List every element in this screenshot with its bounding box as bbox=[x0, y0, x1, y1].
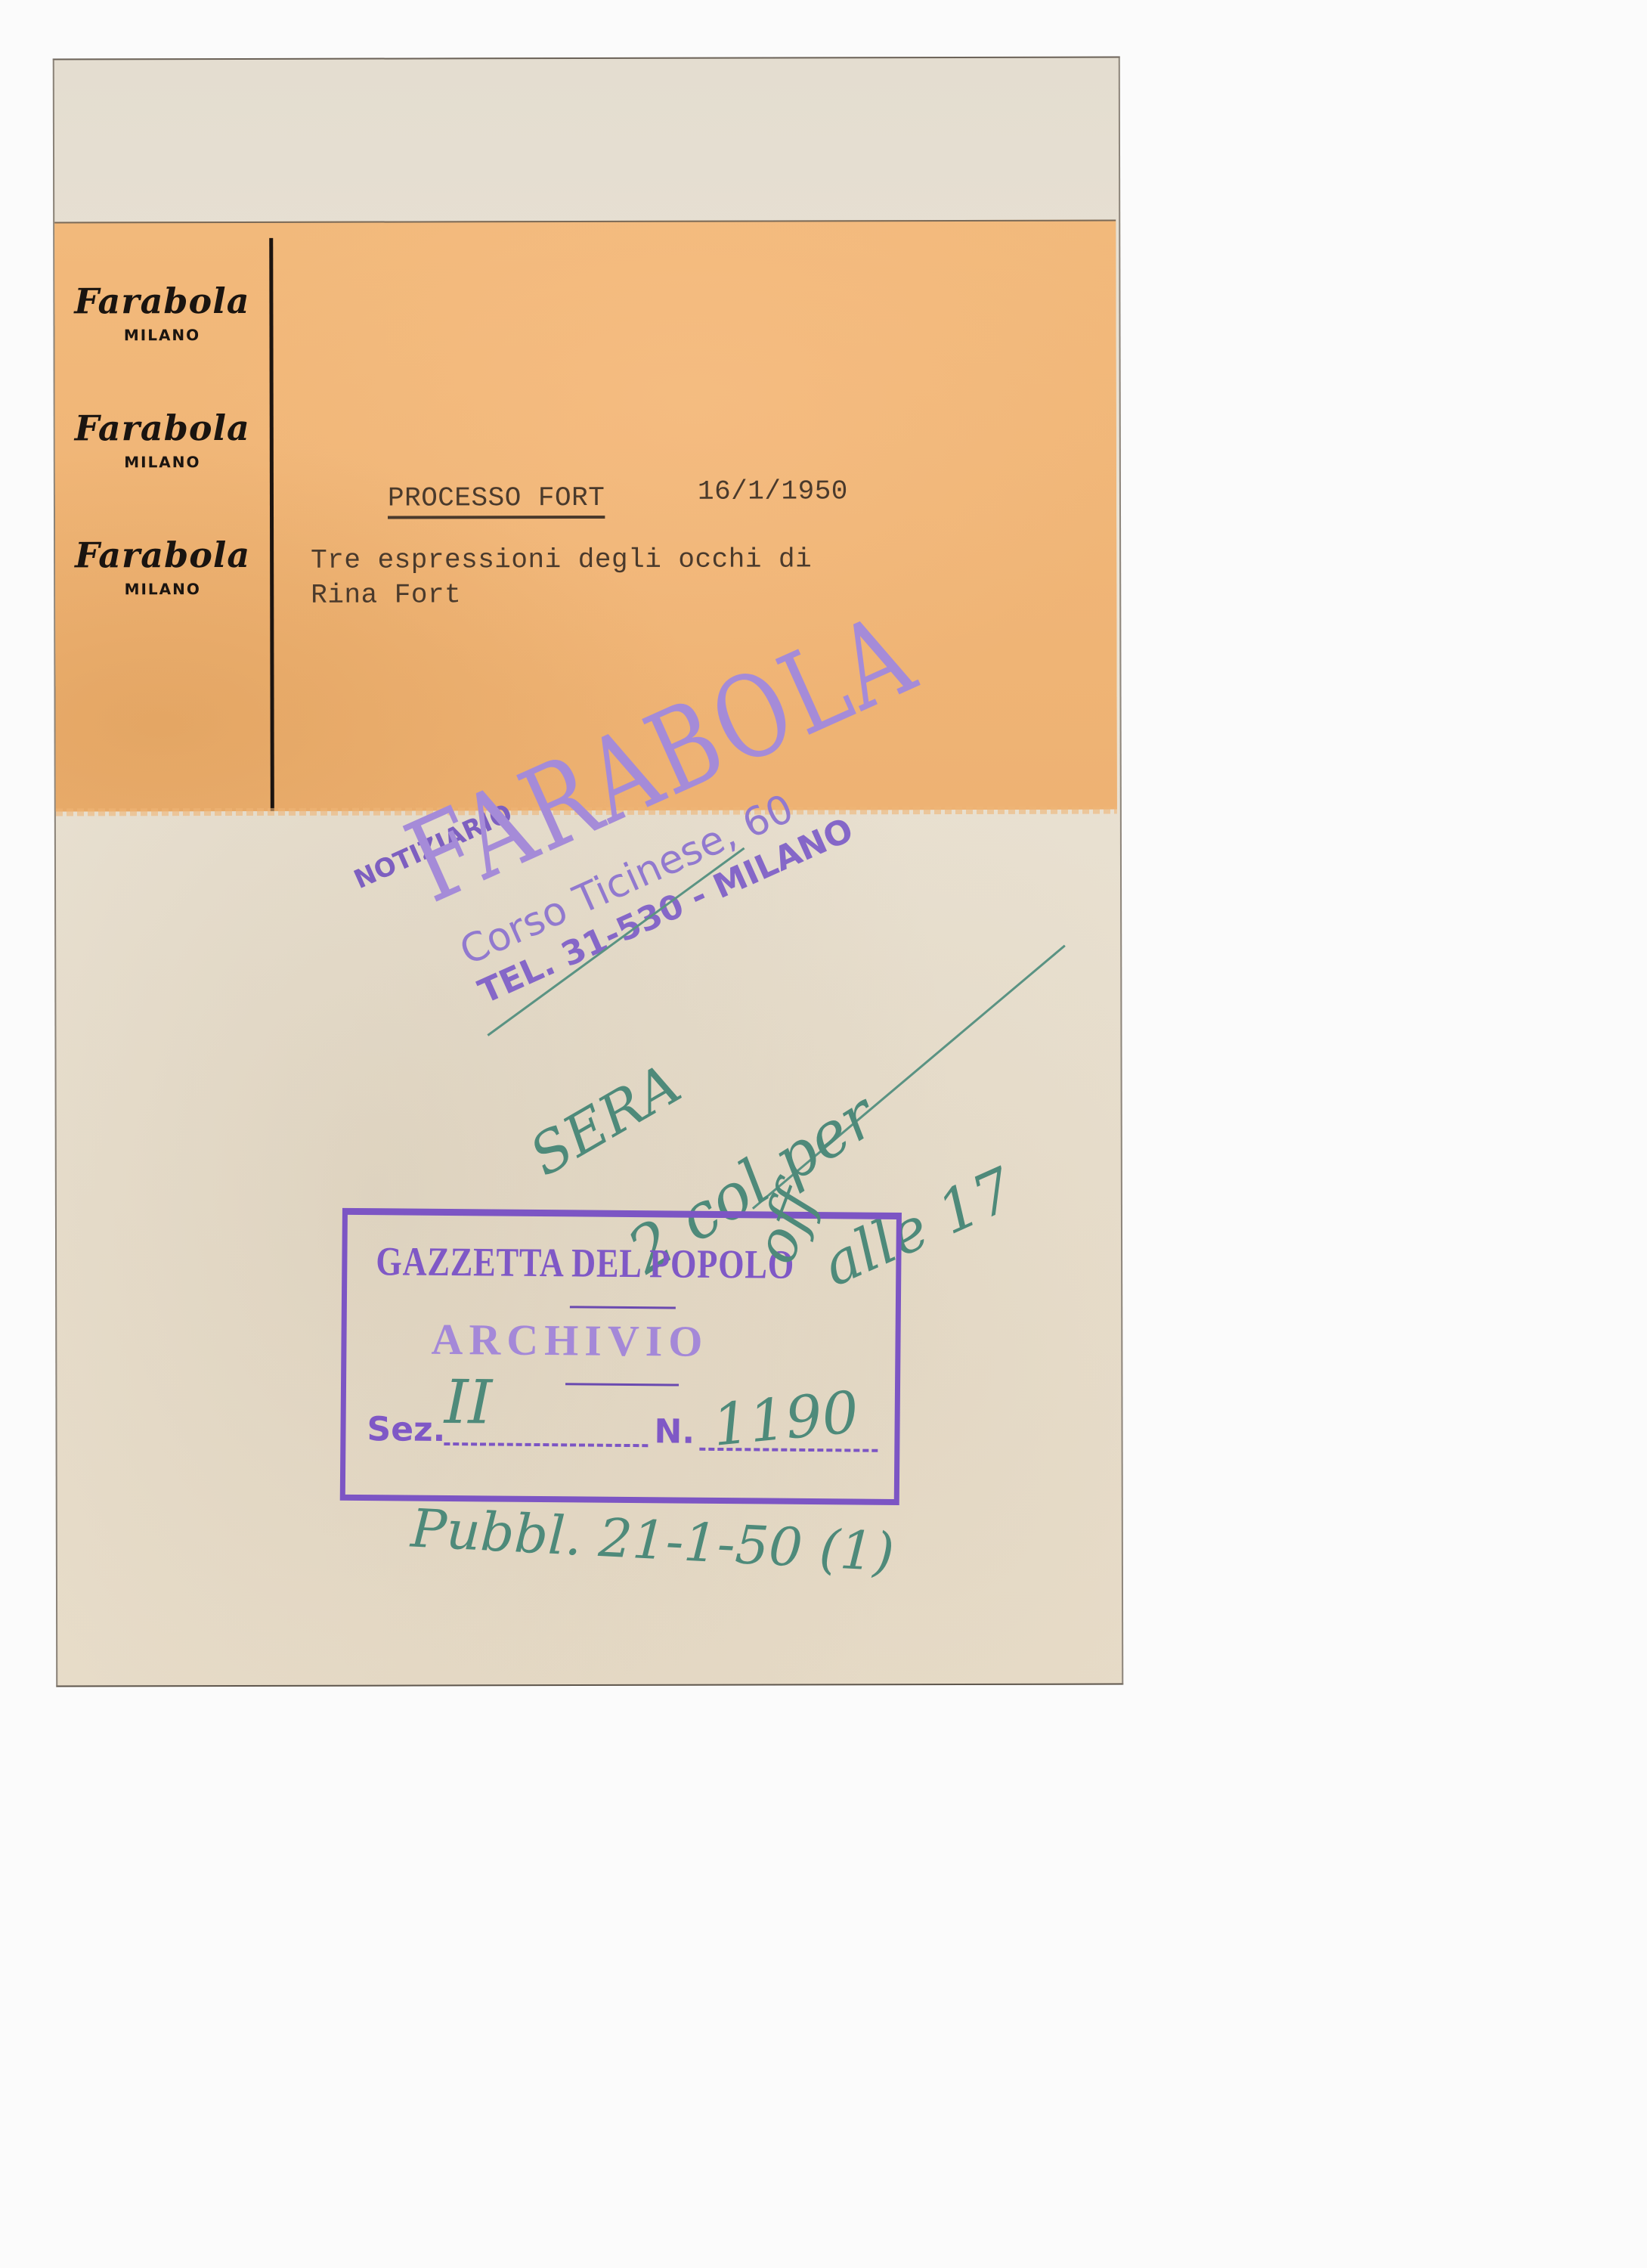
archive-card: Farabola MILANO Farabola MILANO Farabola… bbox=[53, 57, 1124, 1687]
archive-number-label: N. bbox=[654, 1412, 695, 1451]
publication-note: Pubbl. 21-1-50 (1) bbox=[410, 1497, 896, 1583]
brand-name: Farabola bbox=[55, 411, 270, 446]
brand-block-3: Farabola MILANO bbox=[55, 538, 270, 599]
brand-name: Farabola bbox=[54, 283, 269, 319]
brand-city: MILANO bbox=[55, 580, 270, 599]
caption-line-2: Rina Fort bbox=[311, 579, 461, 610]
archive-stamp-publication: GAZZETTA DEL POPOLO bbox=[376, 1238, 794, 1288]
archive-stamp-department: ARCHIVIO bbox=[431, 1314, 708, 1367]
caption-title: PROCESSO FORT bbox=[388, 482, 605, 514]
brand-block-2: Farabola MILANO bbox=[55, 411, 270, 472]
label-divider bbox=[269, 238, 274, 811]
brand-block-1: Farabola MILANO bbox=[54, 283, 269, 345]
archive-number-value: 1190 bbox=[710, 1378, 862, 1459]
caption-date: 16/1/1950 bbox=[698, 476, 848, 507]
archive-stamp: GAZZETTA DEL POPOLO ARCHIVIO Sez. N. II … bbox=[340, 1208, 902, 1505]
archive-stamp-rule bbox=[565, 1383, 679, 1386]
archive-section-value: II bbox=[444, 1367, 492, 1438]
handwritten-edition: SERA bbox=[519, 1052, 692, 1189]
archive-stamp-rule bbox=[570, 1306, 676, 1309]
archive-section-field bbox=[444, 1442, 648, 1447]
brand-city: MILANO bbox=[55, 453, 270, 472]
brand-name: Farabola bbox=[55, 538, 270, 573]
archive-section-label: Sez. bbox=[367, 1410, 445, 1449]
caption-line-1: Tre espressioni degli occhi di bbox=[311, 544, 812, 575]
brand-city: MILANO bbox=[54, 326, 269, 345]
